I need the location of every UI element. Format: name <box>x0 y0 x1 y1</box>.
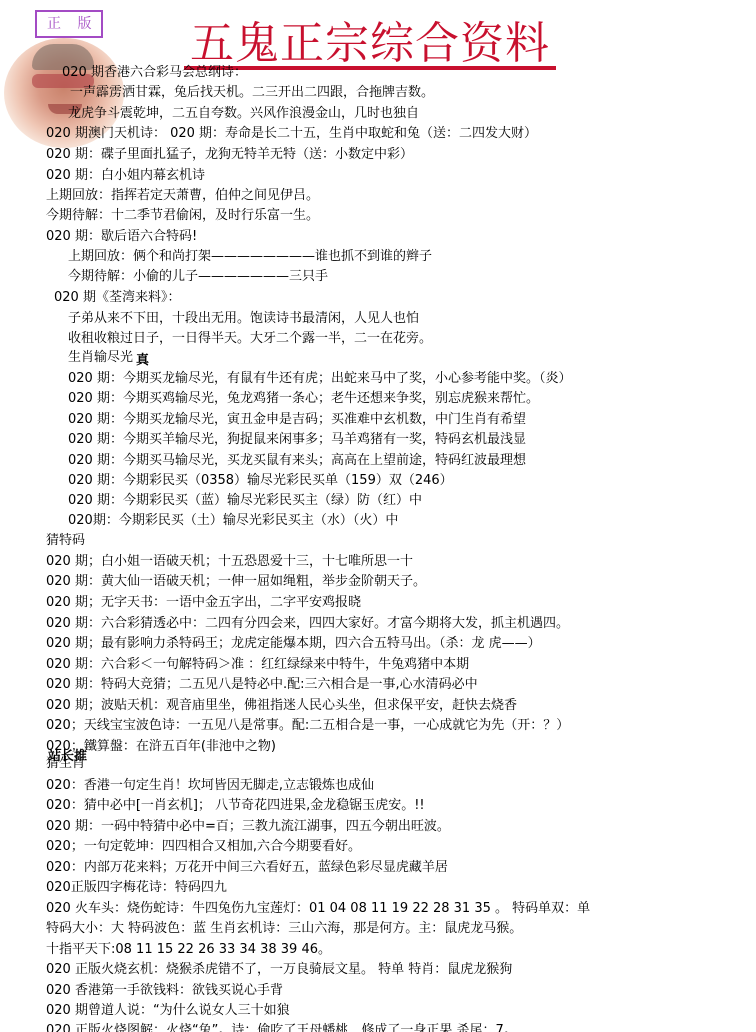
text-line: 020 期：黄大仙一语破天机；一伸一屈如绳粗，举步金阶朝天子。 <box>46 573 426 591</box>
text-line: 收租收粮过日子，一日得半天。大牙二个露一半，二一在花旁。 <box>68 330 432 348</box>
text-line: 020 香港第一手欲钱料：欲钱买说心手背 <box>46 982 283 1000</box>
text-line: 020 期：歇后语六合特码! <box>46 228 197 246</box>
stamp-mark: 真 <box>136 352 149 370</box>
text-line: 特码大小：大 特码波色：蓝 生肖玄机诗：三山六海，那是何方。主：鼠虎龙马猴。 <box>46 920 522 938</box>
text-line: 020 期《荃湾来料》： <box>54 289 180 307</box>
text-line: 上期回放：指挥若定天萧曹，伯仲之间见伊吕。 <box>46 187 319 205</box>
text-line: 020 期：六合彩＜一句解特码＞准 ：红红绿绿来中特牛，牛兔鸡猪中本期 <box>46 656 469 674</box>
text-line: 020：内部万花来料；万花开中间三六看好五，蓝绿色彩尽显虎藏羊居 <box>46 859 448 877</box>
text-line: 020 期澳门天机诗： 020 期：寿命是长二十五，生肖中取蛇和兔（送：二四发大… <box>46 125 537 143</box>
text-line: 020 期：碟子里面扎猛子，龙狗无特羊无特（送：小数定中彩） <box>46 146 413 164</box>
text-line: 020 期；无字天书：一语中金五字出，二字平安鸡报晓 <box>46 594 361 612</box>
stamp-label: 站长推 <box>48 748 87 766</box>
text-line: 020 火车头：烧伤蛇诗：牛四兔伤九宝莲灯：01 04 08 11 19 22 … <box>46 900 590 918</box>
text-line: 020 期；白小姐一语破天机；十五恐恩爱十三，十七唯所思一十 <box>46 553 413 571</box>
text-line: 020 期：特码大竞猜；二五见八是特必中.配:三六相合是一事,心水清码必中 <box>46 676 478 694</box>
text-line: 020 期：六合彩猜透必中：二四有分四会来，四四大家好。才富今期将大发，抓主机遇… <box>46 615 569 633</box>
text-line: 020正版四字梅花诗：特码四九 <box>46 879 227 897</box>
text-line: 020；一句定乾坤：四四相合又相加,六合今期要看好。 <box>46 838 361 856</box>
text-line: 020；天线宝宝波色诗：一五见八是常事。配:二五相合是一事，一心成就它为先（开：… <box>46 717 569 735</box>
text-line: 020 期香港六合彩马会总纲诗： <box>62 64 247 82</box>
text-line: 一声霹雳洒甘霖，兔后找天机。二三开出二四跟，合拖牌吉数。 <box>70 84 434 102</box>
text-line: 020 期；最有影响力杀特码王；龙虎定能爆本期，四六合五特马出。（杀：龙 虎——… <box>46 635 541 653</box>
page-title: 五鬼正宗综合资料 <box>180 20 560 68</box>
text-line: 020 期曾道人说：“为什么说女人三十如狼 <box>46 1002 290 1020</box>
text-line: 020 期：今期买鸡输尽光，兔龙鸡猪一条心；老牛还想来争奖，别忘虎猴来帮忙。 <box>68 390 539 408</box>
text-line: 020：猜中必中[一肖玄机]； 八节奇花四进果,金龙稳锯玉虎安。!! <box>46 797 425 815</box>
text-line: 020 正版火烧玄机：烧猴杀虎错不了，一万良骑辰文星。 特单 特肖：鼠虎龙猴狗 <box>46 961 512 979</box>
text-line: 今期待解：十二季节君偷闲，及时行乐富一生。 <box>46 207 319 225</box>
text-line: 020 期：今期买羊输尽光，狗捉鼠来闲事多；马羊鸡猪有一奖，特码玄机最浅显 <box>68 431 526 449</box>
text-line: 020 期：今期彩民买（0358）输尽光彩民买单（159）双（246） <box>68 472 453 490</box>
text-line: 020 期：今期彩民买（蓝）输尽光彩民买主（绿）防（红）中 <box>68 492 422 510</box>
text-line: 020 期；波贴天机：观音庙里坐，佛祖指迷人民心头坐，但求保平安，赶快去烧香 <box>46 697 517 715</box>
text-line: 020期：今期彩民买（土）输尽光彩民买主（水）（火）中 <box>68 512 398 530</box>
text-line: 020 期：今期买马输尽光，买龙买鼠有来头；高高在上望前途，特码红波最理想 <box>68 452 526 470</box>
text-line: 020 期：白小姐内幕玄机诗 <box>46 167 205 185</box>
text-line: 十指平天下:08 11 15 22 26 33 34 38 39 46。 <box>46 941 331 959</box>
text-line: 020：香港一句定生肖！坎坷皆因无脚走,立志锻炼也成仙 <box>46 777 374 795</box>
text-line: 生肖输尽光 <box>68 349 133 367</box>
text-line: 020 期：一码中特猜中必中=百；三教九流江湖事，四五今朝出旺波。 <box>46 818 450 836</box>
text-line: 020 正版火烧图解：火烧“兔”。诗：偷吃了王母蟠桃，修成了一身正果 杀尾：7。 <box>46 1022 517 1032</box>
text-line: 子弟从来不下田，十段出无用。饱读诗书最清闲，人见人也怕 <box>68 310 419 328</box>
text-line: 龙虎争斗震乾坤，二五自夸数。兴风作浪漫金山，几时也独自 <box>68 105 419 123</box>
text-line: 020 期：今期买龙输尽光，有鼠有牛还有虎；出蛇来马中了奖，小心参考能中奖。（炎… <box>68 370 571 388</box>
text-line: 上期回放：俩个和尚打架————————谁也抓不到谁的辫子 <box>68 248 432 266</box>
text-line: 猜特码 <box>46 532 85 550</box>
genuine-badge: 正 版 <box>35 10 103 38</box>
text-line: 今期待解：小偷的儿子———————三只手 <box>68 268 328 286</box>
text-line: 020 期：今期买龙输尽光，寅丑金申是吉码；买准难中玄机数，中门生肖有希望 <box>68 411 526 429</box>
